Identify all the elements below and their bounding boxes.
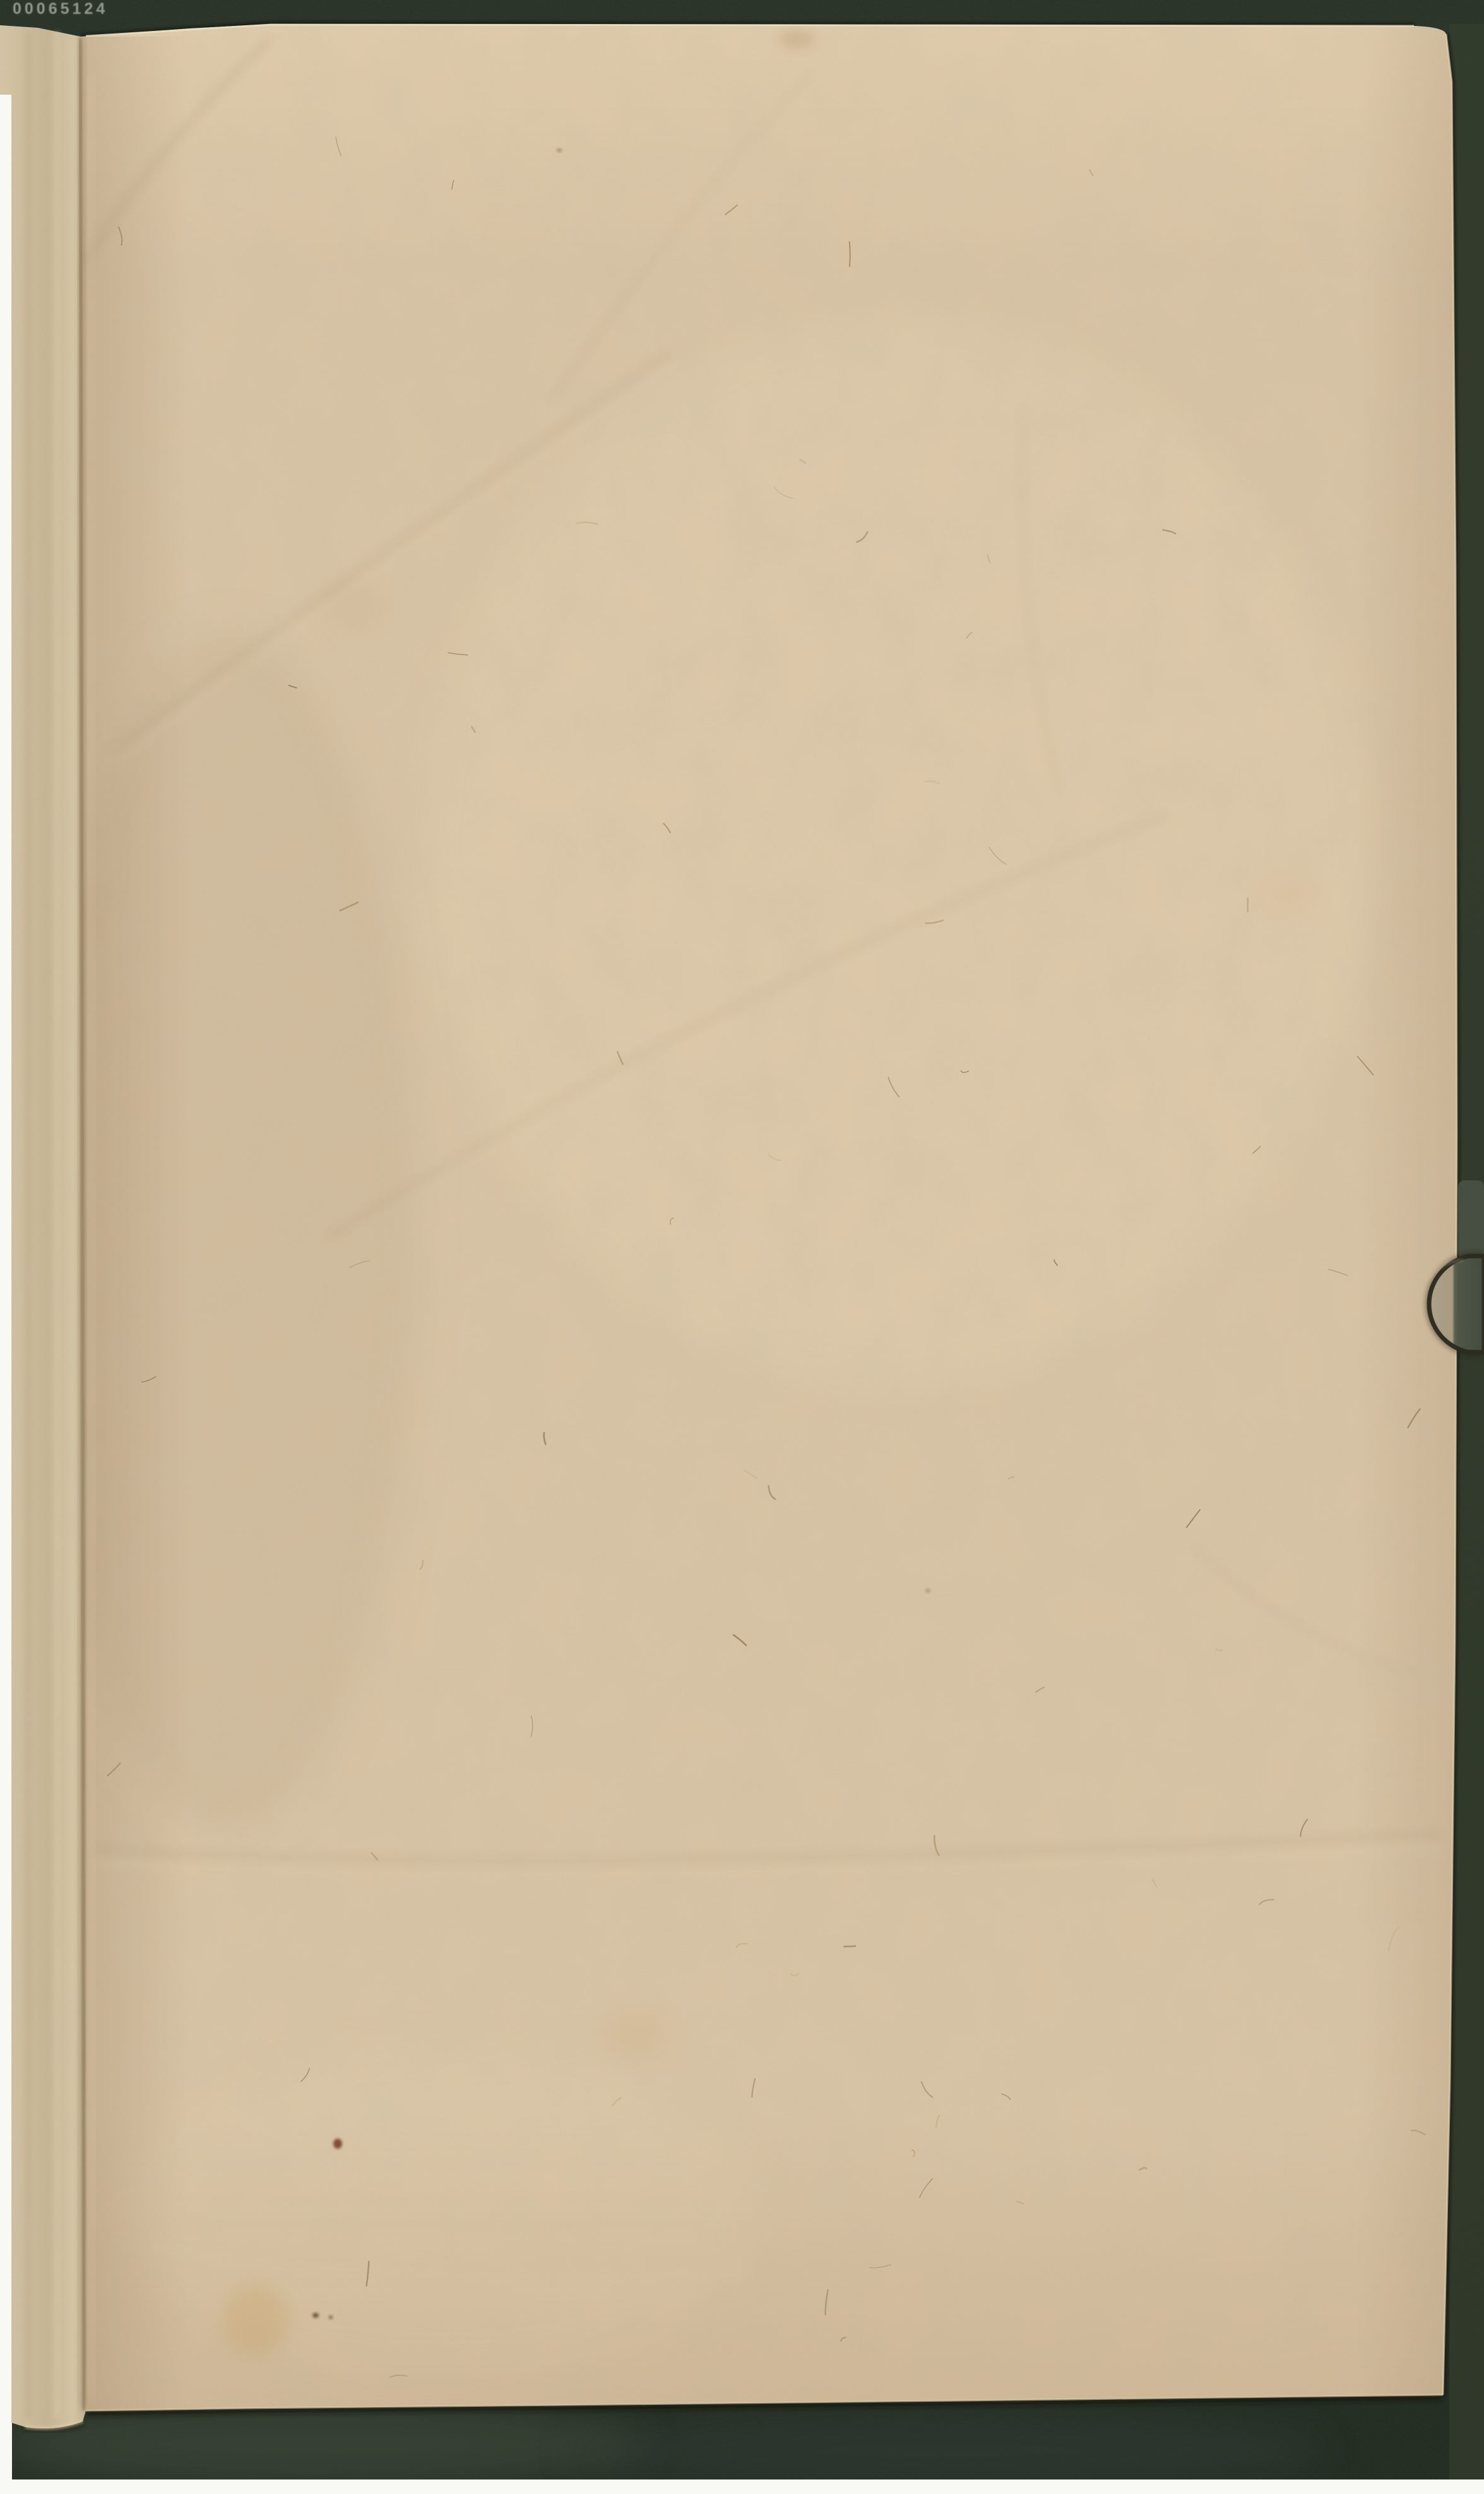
scan-id-label: 00065124 bbox=[13, 0, 108, 18]
speck-left bbox=[312, 2313, 319, 2318]
scanned-book-page: 00065124 bbox=[0, 0, 1484, 2494]
paper-fiber bbox=[844, 1946, 855, 1947]
paper-fiber bbox=[850, 242, 850, 266]
stain-upper-left bbox=[316, 581, 391, 631]
stain-bottom-center bbox=[607, 2010, 668, 2055]
stain-right-middle bbox=[1261, 879, 1314, 911]
smudge-top-center bbox=[778, 30, 816, 49]
blank-book-page bbox=[0, 0, 1484, 2494]
scan-artwork bbox=[0, 0, 1484, 2494]
paper-texture bbox=[0, 0, 1484, 2494]
speck-left-2 bbox=[329, 2315, 333, 2319]
speck-dark-red bbox=[333, 2139, 342, 2149]
speck-top bbox=[557, 148, 562, 152]
speck-mid bbox=[925, 1589, 930, 1593]
stain-bottom-left bbox=[223, 2284, 288, 2357]
